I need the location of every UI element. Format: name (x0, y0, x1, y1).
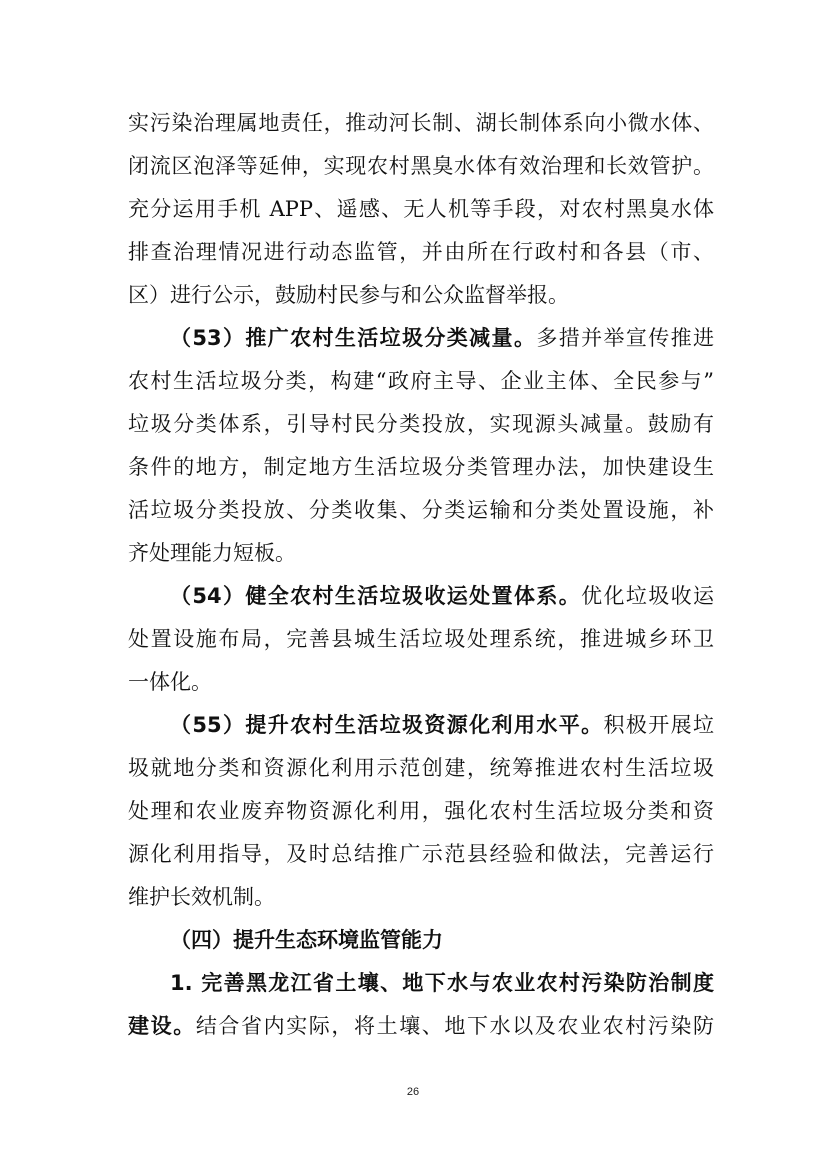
subsection-first-text-line: 建设。结合省内实际，将土壤、地下水以及农业农村污染防 (128, 1011, 714, 1041)
body-text-line: 处理和农业废弃物资源化利用，强化农村生活垃圾分类和资 (128, 796, 714, 826)
item-54-first-line: （54）健全农村生活垃圾收运处置体系。优化垃圾收运 (170, 581, 714, 611)
body-text-line: 活垃圾分类投放、分类收集、分类运输和分类处置设施，补 (128, 495, 714, 525)
item-53-heading: （53）推广农村生活垃圾分类减量。 (170, 326, 536, 350)
body-text-line: 源化利用指导，及时总结推广示范县经验和做法，完善运行 (128, 839, 714, 869)
body-text-line: 齐处理能力短板。 (128, 538, 714, 568)
body-text-line: 处置设施布局，完善县城生活垃圾处理系统，推进城乡环卫 (128, 624, 714, 654)
subsection-heading: 1. 完善黑龙江省土壤、地下水与农业农村污染防治制度 (170, 968, 714, 998)
item-55-first-line: （55）提升农村生活垃圾资源化利用水平。积极开展垃 (170, 710, 714, 740)
body-text-line: 闭流区泡泽等延伸，实现农村黑臭水体有效治理和长效管护。 (128, 151, 714, 181)
body-text-line: 农村生活垃圾分类，构建“政府主导、企业主体、全民参与” (128, 366, 714, 396)
body-text-line: 排查治理情况进行动态监管，并由所在行政村和各县（市、 (128, 237, 714, 267)
body-text-line: 一体化。 (128, 667, 714, 697)
body-text-line: 条件的地方，制定地方生活垃圾分类管理办法，加快建设生 (128, 452, 714, 482)
page-number: 26 (0, 1086, 826, 1098)
item-54-text: 优化垃圾收运 (581, 584, 714, 608)
body-text-line: 维护长效机制。 (128, 882, 714, 912)
item-55-text: 积极开展垃 (603, 713, 714, 737)
body-text-line: 充分运用手机 APP、遥感、无人机等手段，对农村黑臭水体 (128, 194, 714, 224)
body-text-line: 区）进行公示，鼓励村民参与和公众监督举报。 (128, 280, 714, 310)
item-53-first-line: （53）推广农村生活垃圾分类减量。多措并举宣传推进 (170, 323, 714, 353)
subsection-text: 结合省内实际，将土壤、地下水以及农业农村污染防 (196, 1014, 714, 1038)
item-54-heading: （54）健全农村生活垃圾收运处置体系。 (170, 584, 581, 608)
document-page: 实污染治理属地责任，推动河长制、湖长制体系向小微水体、 闭流区泡泽等延伸，实现农… (0, 0, 826, 1169)
subsection-heading-end: 建设。 (128, 1014, 196, 1038)
body-text-line: 圾就地分类和资源化利用示范创建，统筹推进农村生活垃圾 (128, 753, 714, 783)
body-text-line: 垃圾分类体系，引导村民分类投放，实现源头减量。鼓励有 (128, 409, 714, 439)
body-text-line: 实污染治理属地责任，推动河长制、湖长制体系向小微水体、 (128, 108, 714, 138)
item-55-heading: （55）提升农村生活垃圾资源化利用水平。 (170, 713, 603, 737)
item-53-text: 多措并举宣传推进 (536, 326, 714, 350)
section-heading: （四）提升生态环境监管能力 (170, 925, 714, 955)
